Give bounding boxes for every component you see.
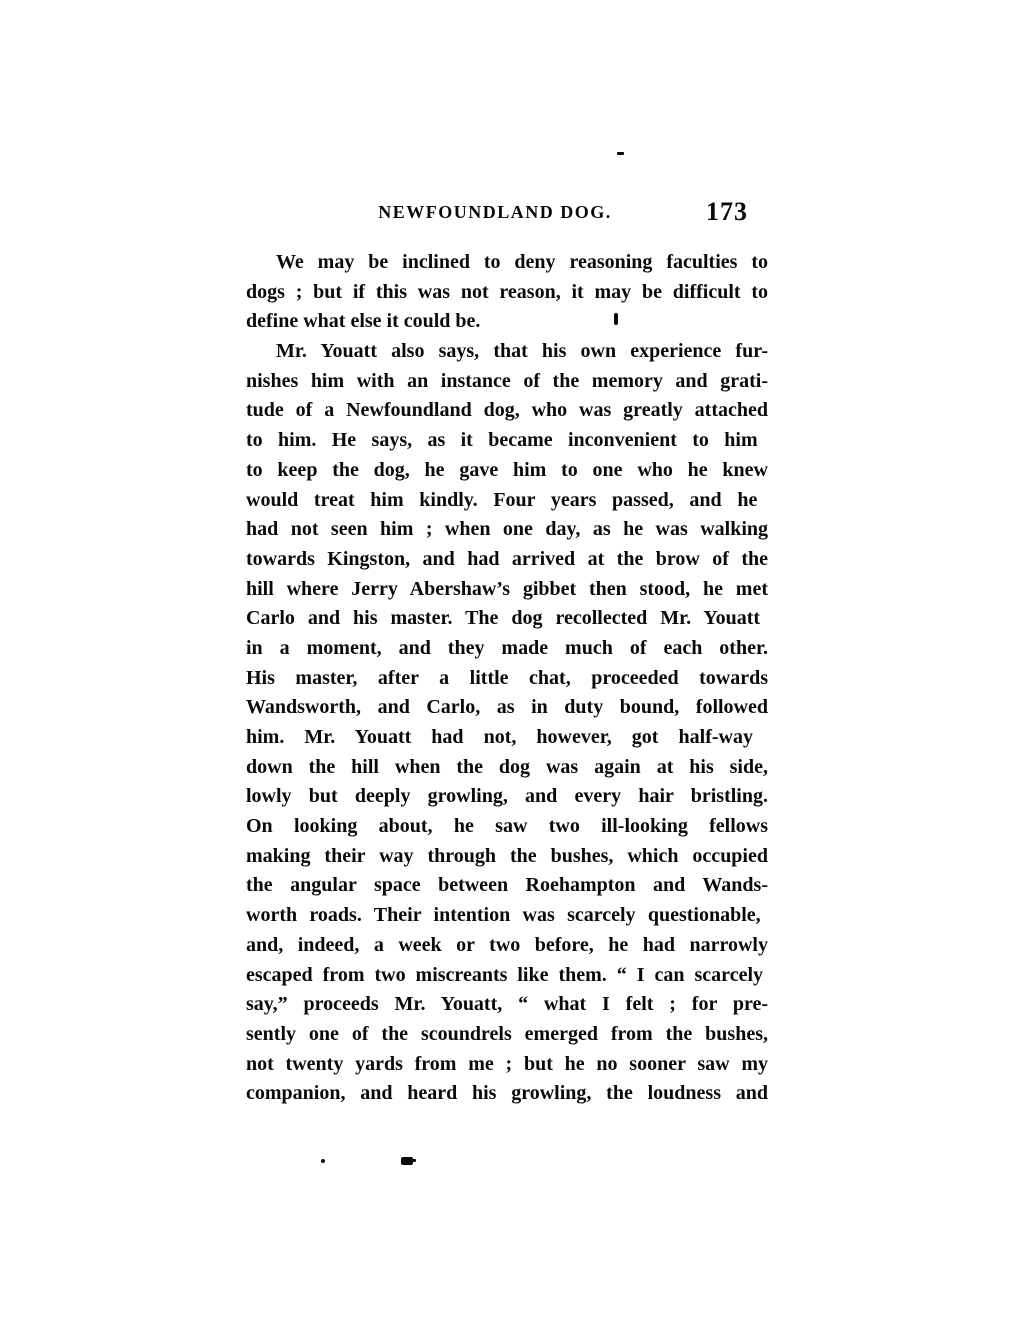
- text-line: define what else it could be.: [246, 307, 768, 337]
- text-line: companion, and heard his growling, the l…: [246, 1079, 768, 1109]
- ink-speck-dash: [617, 152, 624, 155]
- text-line: down the hill when the dog was again at …: [246, 753, 768, 783]
- text-line: in a moment, and they made much of each …: [246, 634, 768, 664]
- text-line: nishes him with an instance of the memor…: [246, 367, 768, 397]
- ink-speck-dot: [321, 1159, 325, 1163]
- body-text: We may be inclined to deny reasoning fac…: [246, 248, 768, 1109]
- text-line: towards Kingston, and had arrived at the…: [246, 545, 768, 575]
- text-line: making their way through the bushes, whi…: [246, 842, 768, 872]
- paragraph: We may be inclined to deny reasoning fac…: [246, 248, 768, 337]
- text-line: the angular space between Roehampton and…: [246, 871, 768, 901]
- text-line: and, indeed, a week or two before, he ha…: [246, 931, 768, 961]
- text-line: sently one of the scoundrels emerged fro…: [246, 1020, 768, 1050]
- text-line: Carlo and his master. The dog recollecte…: [246, 604, 768, 634]
- text-line: not twenty yards from me ; but he no soo…: [246, 1050, 768, 1080]
- text-line: dogs ; but if this was not reason, it ma…: [246, 278, 768, 308]
- text-line: would treat him kindly. Four years passe…: [246, 486, 768, 516]
- text-line: worth roads. Their intention was scarcel…: [246, 901, 768, 931]
- text-line: had not seen him ; when one day, as he w…: [246, 515, 768, 545]
- text-line: On looking about, he saw two ill-looking…: [246, 812, 768, 842]
- text-line: tude of a Newfoundland dog, who was grea…: [246, 396, 768, 426]
- text-line: hill where Jerry Abershaw’s gibbet then …: [246, 575, 768, 605]
- text-line: lowly but deeply growling, and every hai…: [246, 782, 768, 812]
- text-line: Wandsworth, and Carlo, as in duty bound,…: [246, 693, 768, 723]
- text-line: say,” proceeds Mr. Youatt, “ what I felt…: [246, 990, 768, 1020]
- text-line: We may be inclined to deny reasoning fac…: [246, 248, 768, 278]
- ink-speck-comma: [614, 313, 618, 325]
- running-header: NEWFOUNDLAND DOG.: [234, 202, 756, 223]
- text-line: him. Mr. Youatt had not, however, got ha…: [246, 723, 768, 753]
- text-line: escaped from two miscreants like them. “…: [246, 961, 768, 991]
- paragraph: Mr. Youatt also says, that his own exper…: [246, 337, 768, 1109]
- text-line: His master, after a little chat, proceed…: [246, 664, 768, 694]
- running-header-title: NEWFOUNDLAND DOG.: [378, 202, 612, 222]
- text-line: to keep the dog, he gave him to one who …: [246, 456, 768, 486]
- scanned-page: NEWFOUNDLAND DOG. 173 We may be inclined…: [0, 0, 1033, 1339]
- page-number: 173: [706, 197, 748, 227]
- text-line: Mr. Youatt also says, that his own exper…: [246, 337, 768, 367]
- text-line: to him. He says, as it became inconvenie…: [246, 426, 768, 456]
- ink-speck-smudge-tail: [411, 1159, 416, 1162]
